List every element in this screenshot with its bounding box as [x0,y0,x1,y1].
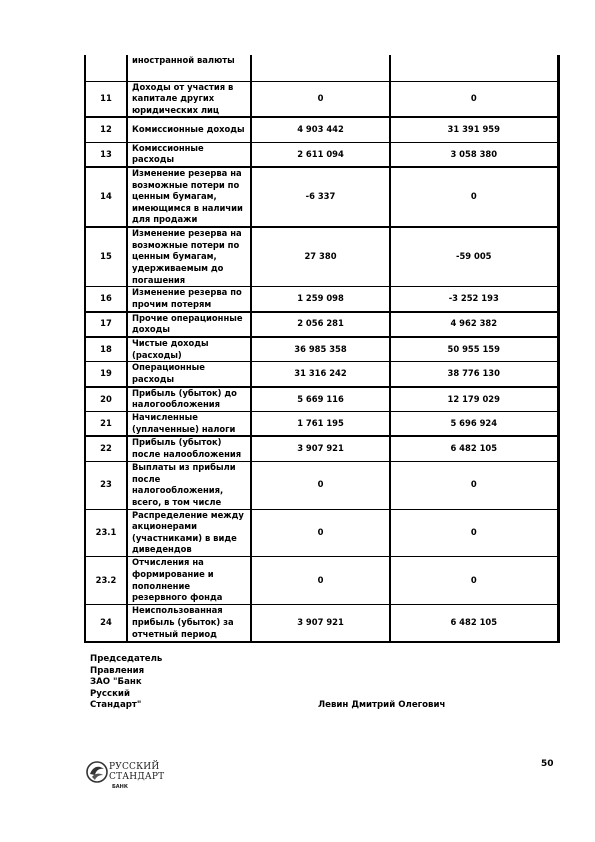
current-period-value [251,55,390,81]
table-row: 23.2Отчисления на формирование и пополне… [85,557,558,605]
row-number: 14 [85,167,127,227]
current-period-value: 3 907 921 [251,605,390,642]
previous-period-value: -59 005 [390,227,558,287]
row-label: Чистые доходы (расходы) [127,337,251,362]
table-row: 20Прибыль (убыток) до налогообложения5 6… [85,387,558,412]
current-period-value: 2 056 281 [251,312,390,337]
row-number: 11 [85,81,127,117]
row-label: Выплаты из прибыли после налогообложения… [127,461,251,509]
current-period-value: 3 907 921 [251,436,390,461]
row-label: Изменение резерва по прочим потерям [127,287,251,312]
row-label: Изменение резерва на возможные потери по… [127,227,251,287]
row-label: Прибыль (убыток) после налообложения [127,436,251,461]
row-number: 22 [85,436,127,461]
current-period-value: 1 761 195 [251,412,390,437]
row-label: Комиссионные расходы [127,142,251,167]
current-period-value: 1 259 098 [251,287,390,312]
row-label: Комиссионные доходы [127,117,251,142]
row-number: 23.2 [85,557,127,605]
row-number: 12 [85,117,127,142]
row-label: Изменение резерва на возможные потери по… [127,167,251,227]
signatory-name: Левин Дмитрий Олегович [318,700,445,710]
previous-period-value: 4 962 382 [390,312,558,337]
row-number: 13 [85,142,127,167]
previous-period-value: 5 696 924 [390,412,558,437]
table-row: 13Комиссионные расходы2 611 0943 058 380 [85,142,558,167]
table-row: иностранной валюты [85,55,558,81]
table-row: 17Прочие операционные доходы2 056 2814 9… [85,312,558,337]
table-row: 22Прибыль (убыток) после налообложения3 … [85,436,558,461]
current-period-value: 0 [251,461,390,509]
previous-period-value: -3 252 193 [390,287,558,312]
previous-period-value: 12 179 029 [390,387,558,412]
current-period-value: 31 316 242 [251,362,390,387]
row-number: 21 [85,412,127,437]
row-label: Неиспользованная прибыль (убыток) за отч… [127,605,251,642]
previous-period-value: 3 058 380 [390,142,558,167]
row-number: 15 [85,227,127,287]
current-period-value: -6 337 [251,167,390,227]
row-label: иностранной валюты [127,55,251,81]
signature-line: Стандарт" [90,700,162,712]
row-label: Операционные расходы [127,362,251,387]
income-statement-table: иностранной валюты11Доходы от участия в … [84,55,560,643]
previous-period-value: 6 482 105 [390,605,558,642]
table-row: 23.1Распределение между акционерами (уча… [85,509,558,556]
row-label: Распределение между акционерами (участни… [127,509,251,556]
row-number: 24 [85,605,127,642]
previous-period-value [390,55,558,81]
table-row: 14Изменение резерва на возможные потери … [85,167,558,227]
row-number [85,55,127,81]
row-number: 17 [85,312,127,337]
previous-period-value: 0 [390,81,558,117]
bank-logo-emblem-icon [86,760,108,786]
previous-period-value: 50 955 159 [390,337,558,362]
signature-line: Председатель [90,654,162,666]
previous-period-value: 38 776 130 [390,362,558,387]
row-number: 23.1 [85,509,127,556]
table-row: 15Изменение резерва на возможные потери … [85,227,558,287]
row-label: Прочие операционные доходы [127,312,251,337]
table-row: 24Неиспользованная прибыль (убыток) за о… [85,605,558,642]
row-label: Прибыль (убыток) до налогообложения [127,387,251,412]
bank-logo: Русский Стандарт БАНК [86,760,176,794]
row-number: 19 [85,362,127,387]
current-period-value: 2 611 094 [251,142,390,167]
table-row: 21Начисленные (уплаченные) налоги1 761 1… [85,412,558,437]
signature-line: Правления [90,666,162,678]
table-row: 18Чистые доходы (расходы)36 985 35850 95… [85,337,558,362]
current-period-value: 4 903 442 [251,117,390,142]
current-period-value: 36 985 358 [251,337,390,362]
current-period-value: 0 [251,81,390,117]
row-label: Отчисления на формирование и пополнение … [127,557,251,605]
previous-period-value: 6 482 105 [390,436,558,461]
row-number: 23 [85,461,127,509]
previous-period-value: 0 [390,167,558,227]
logo-subtext: БАНК [112,784,128,790]
table-row: 12Комиссионные доходы4 903 44231 391 959 [85,117,558,142]
table-row: 23Выплаты из прибыли после налогообложен… [85,461,558,509]
previous-period-value: 0 [390,461,558,509]
table-row: 11Доходы от участия в капитале других юр… [85,81,558,117]
table-row: 16Изменение резерва по прочим потерям1 2… [85,287,558,312]
row-number: 18 [85,337,127,362]
row-label: Начисленные (уплаченные) налоги [127,412,251,437]
row-label: Доходы от участия в капитале других юрид… [127,81,251,117]
previous-period-value: 31 391 959 [390,117,558,142]
current-period-value: 27 380 [251,227,390,287]
row-number: 20 [85,387,127,412]
row-number: 16 [85,287,127,312]
signature-title: Председатель Правления ЗАО "Банк Русский… [90,654,162,712]
previous-period-value: 0 [390,557,558,605]
current-period-value: 0 [251,557,390,605]
page-number: 50 [541,759,554,769]
signature-line: Русский [90,689,162,701]
logo-text-line2: Стандарт [109,772,164,782]
table-row: 19Операционные расходы31 316 24238 776 1… [85,362,558,387]
current-period-value: 0 [251,509,390,556]
current-period-value: 5 669 116 [251,387,390,412]
signature-line: ЗАО "Банк [90,677,162,689]
logo-text-line1: Русский [109,762,164,772]
previous-period-value: 0 [390,509,558,556]
